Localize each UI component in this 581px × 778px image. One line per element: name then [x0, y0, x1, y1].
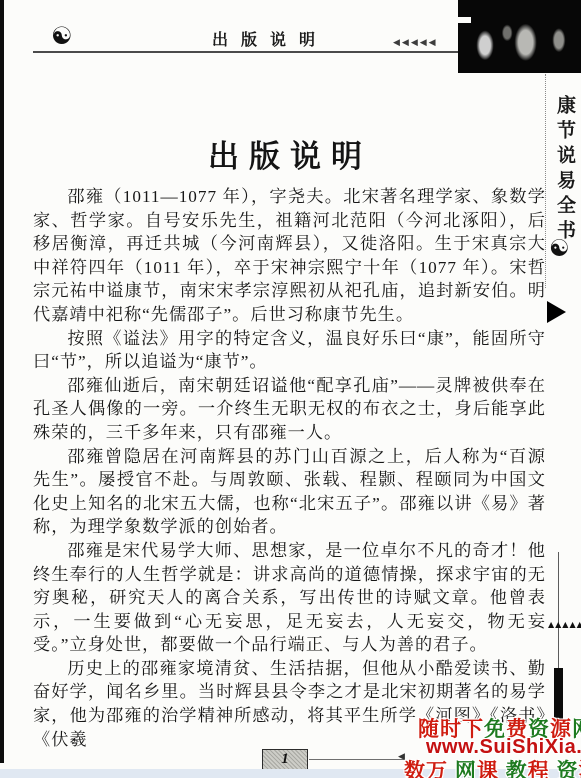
scanned-photo-notch	[458, 17, 471, 23]
paragraph: 邵雍仙逝后，南宋朝廷诏谥他“配享孔庙”——灵牌被供奉在孔圣人偶像的一旁。一介终生…	[33, 374, 546, 445]
spine-arrow-icon	[547, 301, 566, 323]
header-rule	[33, 51, 463, 53]
scanned-book-page: ☯ 出版说明 ◀◀◀◀◀ 康节说易全书 ☯ ▲▲▲▲▲ 出版说明 邵雍（1011…	[0, 0, 581, 778]
footer-rule	[309, 759, 404, 760]
page-number-badge: 1	[262, 749, 308, 770]
watermark-line3: 数万 网课 教程 资源	[404, 755, 581, 778]
document-body: 邵雍（1011—1077 年），字尧夫。北宋著名理学家、象数学家、哲学家。自号安…	[33, 185, 546, 751]
scanned-photo-block	[458, 0, 581, 73]
paragraph: 邵雍曾隐居在河南辉县的苏门山百源之上，后人称为“百源先生”。屡授官不赴。与周敦颐…	[33, 445, 546, 539]
paragraph: 邵雍（1011—1077 年），字尧夫。北宋著名理学家、象数学家、哲学家。自号安…	[33, 185, 546, 327]
page-left-scan-edge	[0, 0, 4, 763]
header-arrows-icon: ◀◀◀◀◀	[393, 38, 438, 48]
paragraph: 邵雍是宋代易学大师、思想家，是一位卓尔不凡的奇才！他终生奉行的人生哲学就是：讲求…	[33, 539, 546, 657]
spine-lower-line	[558, 552, 559, 674]
spine-vertical-book-title: 康节说易全书	[551, 95, 578, 245]
spine-triangle-marks: ▲▲▲▲▲	[548, 620, 565, 630]
yinyang-icon: ☯	[549, 236, 570, 262]
page-title: 出版说明	[35, 131, 545, 176]
paragraph: 按照《谥法》用字的特定含义，温良好乐曰“康”，能固所守曰“节”，所以追谥为“康节…	[33, 327, 546, 374]
